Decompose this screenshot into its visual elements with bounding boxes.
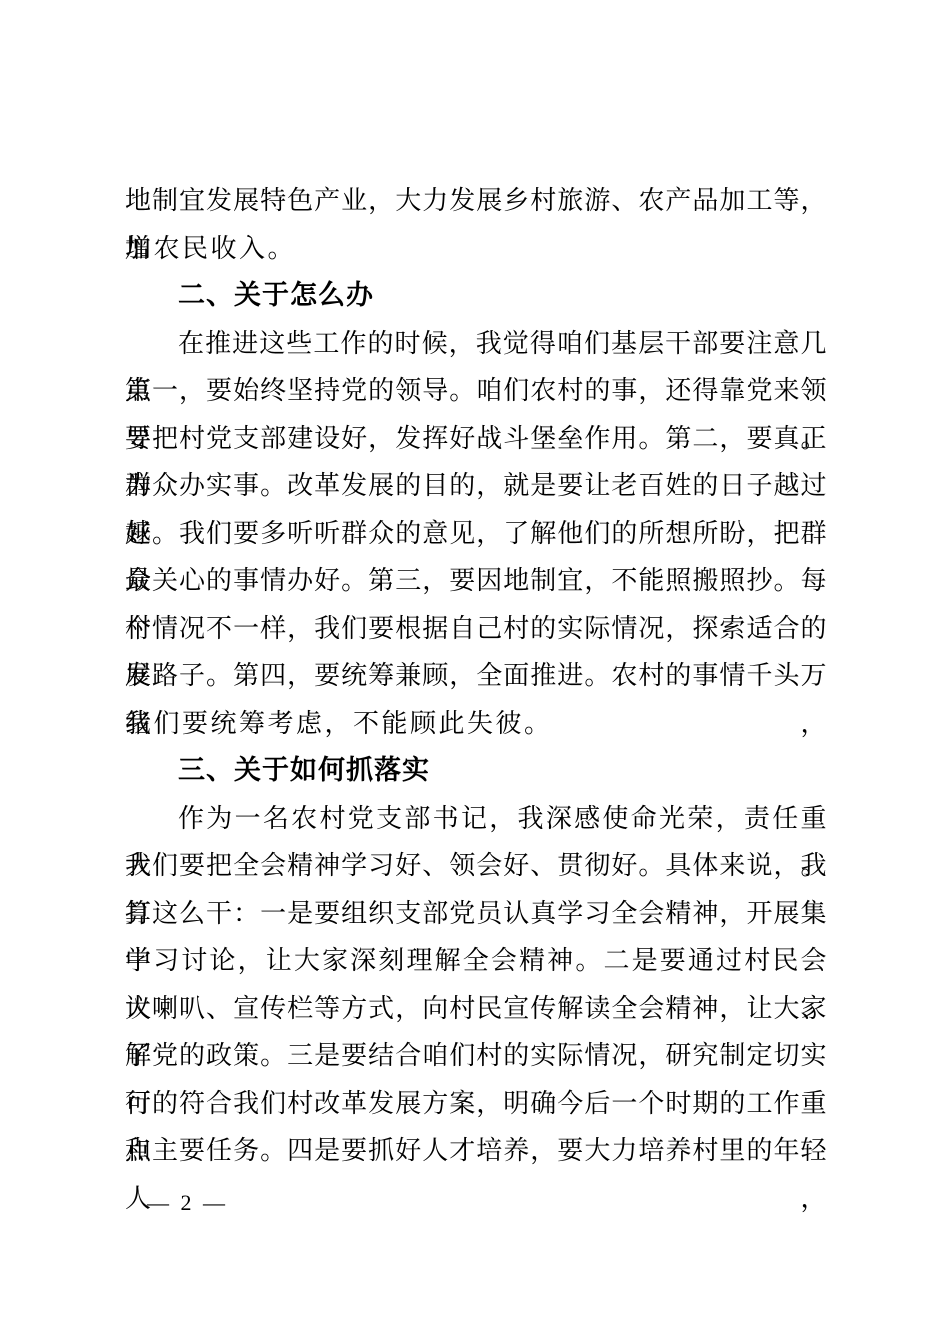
body-line: 群众办实事。改革发展的目的，就是要让老百姓的日子越过越 (125, 462, 827, 510)
body-line: 要把村党支部建设好，发挥好战斗堡垒作用。第二，要真正为 (125, 415, 827, 463)
body-line: 村情况不一样，我们要根据自己村的实际情况，探索适合的发 (125, 605, 827, 653)
body-line: 地制宜发展特色产业，大力发展乡村旅游、农产品加工等，增 (125, 177, 827, 225)
body-line: 我们要把全会精神学习好、领会好、贯彻好。具体来说，我打 (125, 842, 827, 890)
body-line: 和主要任务。四是要抓好人才培养，要大力培养村里的年轻人， (125, 1127, 827, 1175)
body-line: 解党的政策。三是要结合咱们村的实际情况，研究制定切实可 (125, 1032, 827, 1080)
body-line: 第一，要始终坚持党的领导。咱们农村的事，还得靠党来领导。 (125, 367, 827, 415)
body-line: 大喇叭、宣传栏等方式，向村民宣传解读全会精神，让大家了 (125, 985, 827, 1033)
paragraph-how-to-do: 在推进这些工作的时候，我觉得咱们基层干部要注意几点 第一，要始终坚持党的领导。咱… (125, 320, 827, 748)
body-line: 最关心的事情办好。第三，要因地制宜，不能照搬照抄。每个 (125, 557, 827, 605)
body-line: 好。我们要多听听群众的意见，了解他们的所想所盼，把群众 (125, 510, 827, 558)
section-heading-3: 三、关于如何抓落实 (125, 747, 827, 795)
body-line: 学习讨论，让大家深刻理解全会精神。二是要通过村民会议、 (125, 937, 827, 985)
paragraph-continued: 地制宜发展特色产业，大力发展乡村旅游、农产品加工等，增 加农民收入。 (125, 177, 827, 272)
body-line: 加农民收入。 (125, 225, 827, 273)
body-line: 算这么干：一是要组织支部党员认真学习全会精神，开展集中 (125, 890, 827, 938)
body-line: 在推进这些工作的时候，我觉得咱们基层干部要注意几点 (125, 320, 827, 368)
body-line: 展路子。第四，要统筹兼顾，全面推进。农村的事情千头万绪， (125, 652, 827, 700)
paragraph-implementation: 作为一名农村党支部书记，我深感使命光荣，责任重大。 我们要把全会精神学习好、领会… (125, 795, 827, 1175)
document-body: 地制宜发展特色产业，大力发展乡村旅游、农产品加工等，增 加农民收入。 二、关于怎… (125, 177, 827, 1175)
document-page: 地制宜发展特色产业，大力发展乡村旅游、农产品加工等，增 加农民收入。 二、关于怎… (0, 0, 950, 1344)
body-line: 行的符合我们村改革发展方案，明确今后一个时期的工作重点 (125, 1080, 827, 1128)
page-number: — 2 — (147, 1190, 228, 1216)
body-line: 作为一名农村党支部书记，我深感使命光荣，责任重大。 (125, 795, 827, 843)
section-heading-2: 二、关于怎么办 (125, 272, 827, 320)
